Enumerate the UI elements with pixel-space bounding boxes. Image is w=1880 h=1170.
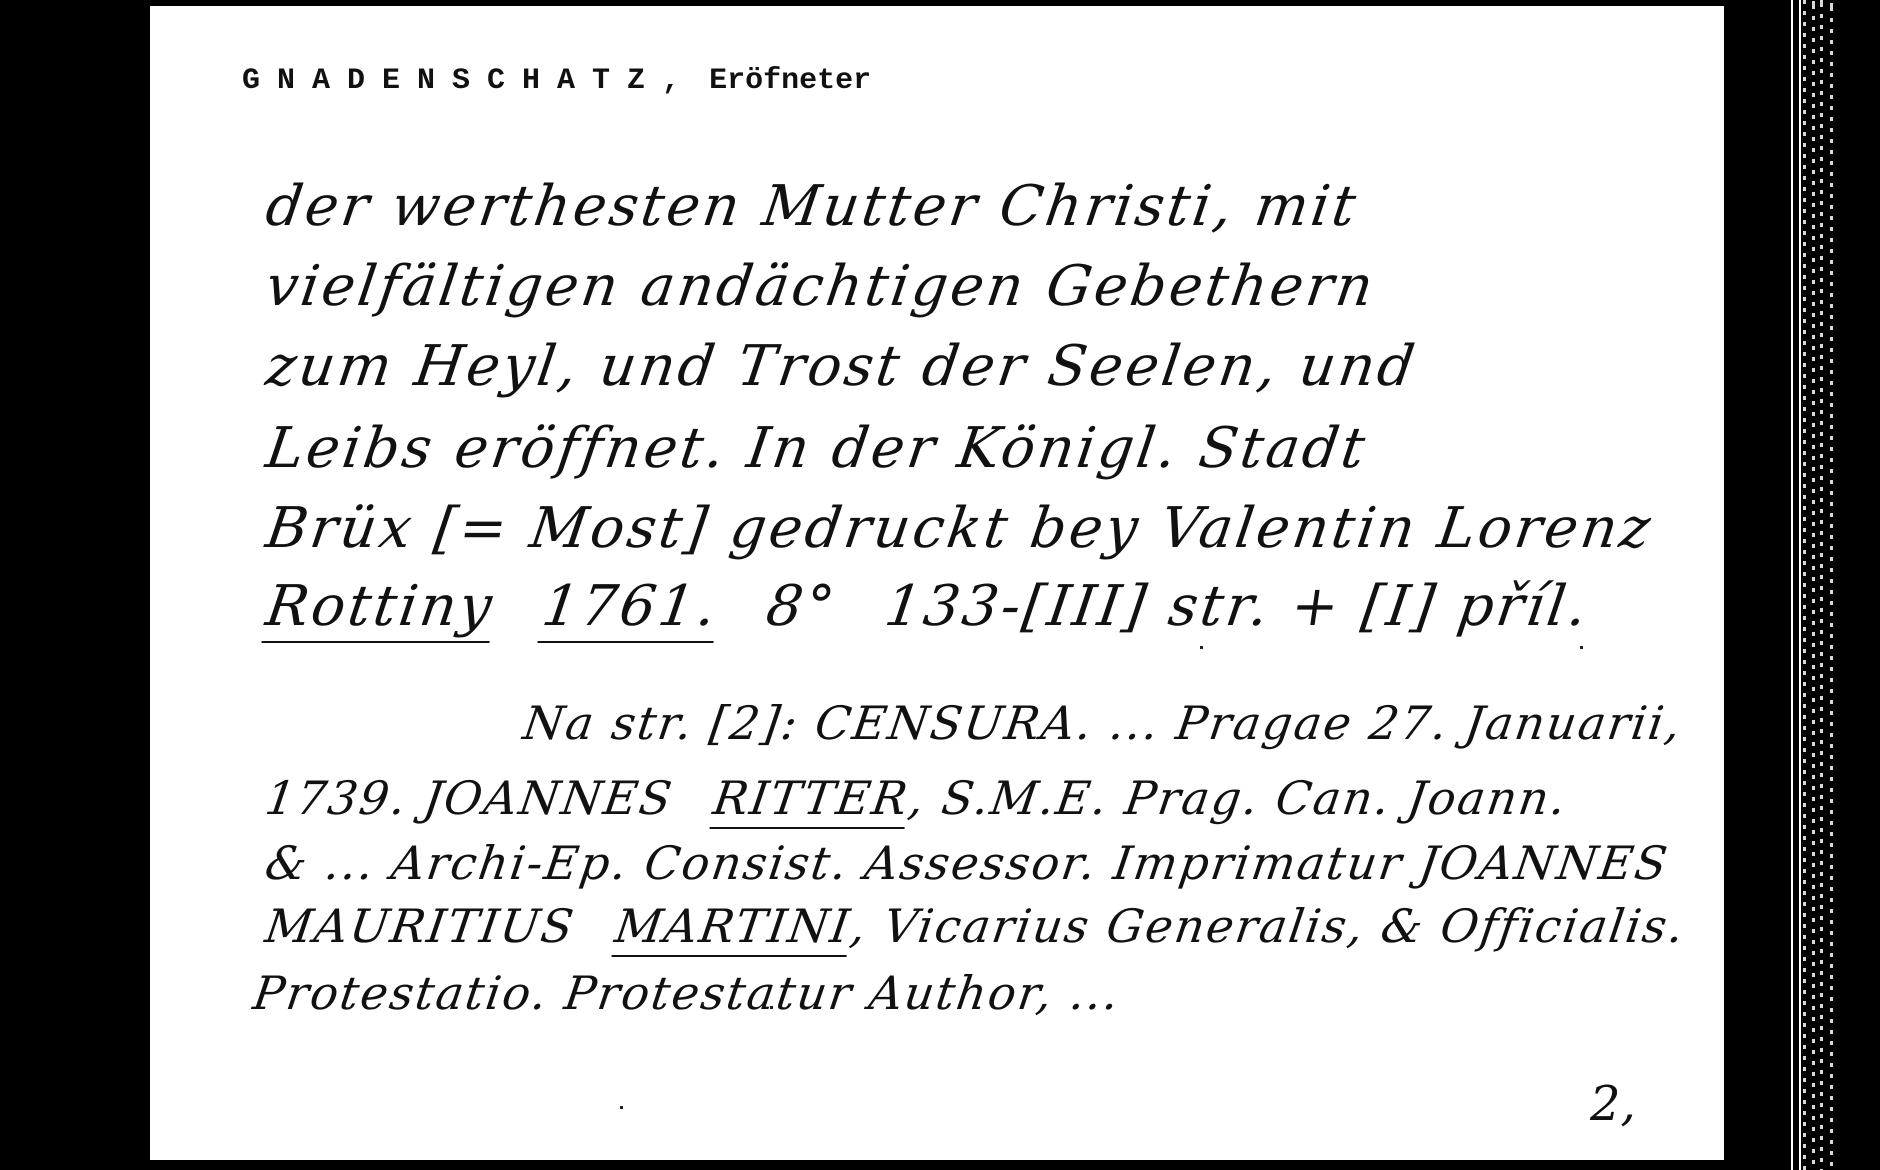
heading-subtitle: Eröfneter xyxy=(709,64,871,98)
note-text: 1739. JOANNES xyxy=(262,771,677,825)
description-line: der werthesten Mutter Christi, mit xyxy=(262,174,1362,239)
scanner-edge-line xyxy=(1791,0,1793,1170)
note-line: Na str. [2]: CENSURA. ... Pragae 27. Jan… xyxy=(520,696,1686,750)
page-count: 133-[III] str. + [I] příl. xyxy=(881,574,1594,639)
note-text: , Vicarius Generalis, & Officialis. xyxy=(847,899,1689,953)
note-line: 1739. JOANNES RITTER, S.M.E. Prag. Can. … xyxy=(262,771,1571,825)
scan-speck xyxy=(620,1106,623,1109)
catalog-card: GNADENSCHATZ, Eröfneter der werthesten M… xyxy=(150,6,1724,1160)
scanner-edge-line xyxy=(1799,0,1801,1170)
scan-speck xyxy=(1200,646,1203,649)
description-line: zum Heyl, und Trost der Seelen, und xyxy=(262,334,1421,399)
note-line: MAURITIUS MARTINI, Vicarius Generalis, &… xyxy=(262,899,1689,953)
vicar-name: MARTINI xyxy=(611,899,855,957)
heading-keyword: GNADENSCHATZ, xyxy=(242,64,697,98)
description-line: Brüx [= Most] gedruckt bey Valentin Lore… xyxy=(262,496,1657,561)
scanner-edge-dots xyxy=(1820,0,1823,1170)
note-line: & ... Archi-Ep. Consist. Assessor. Impri… xyxy=(262,836,1672,890)
imprint-line: Rottiny 1761. 8° 133-[III] str. + [I] př… xyxy=(262,574,1594,639)
note-text: MAURITIUS xyxy=(262,899,579,953)
scan-speck xyxy=(1580,646,1583,649)
scan-speck xyxy=(770,1006,773,1009)
printer-name: Rottiny xyxy=(261,574,498,643)
note-line: Protestatio. Protestatur Author, ... xyxy=(250,966,1124,1020)
card-page-number: 2, xyxy=(1590,1076,1636,1132)
scanner-edge-dots xyxy=(1803,0,1806,1170)
book-format: 8° xyxy=(762,574,841,639)
scanner-edge-dots xyxy=(1830,0,1833,1170)
description-line: Leibs eröffnet. In der Königl. Stadt xyxy=(262,416,1372,481)
censor-name: RITTER xyxy=(709,771,912,829)
imprint-year: 1761. xyxy=(538,574,723,643)
scanner-edge-dots xyxy=(1812,0,1815,1170)
description-line: vielfältigen andächtigen Gebethern xyxy=(262,254,1380,319)
note-text: , S.M.E. Prag. Can. Joann. xyxy=(905,771,1571,825)
card-heading: GNADENSCHATZ, Eröfneter xyxy=(242,64,871,98)
